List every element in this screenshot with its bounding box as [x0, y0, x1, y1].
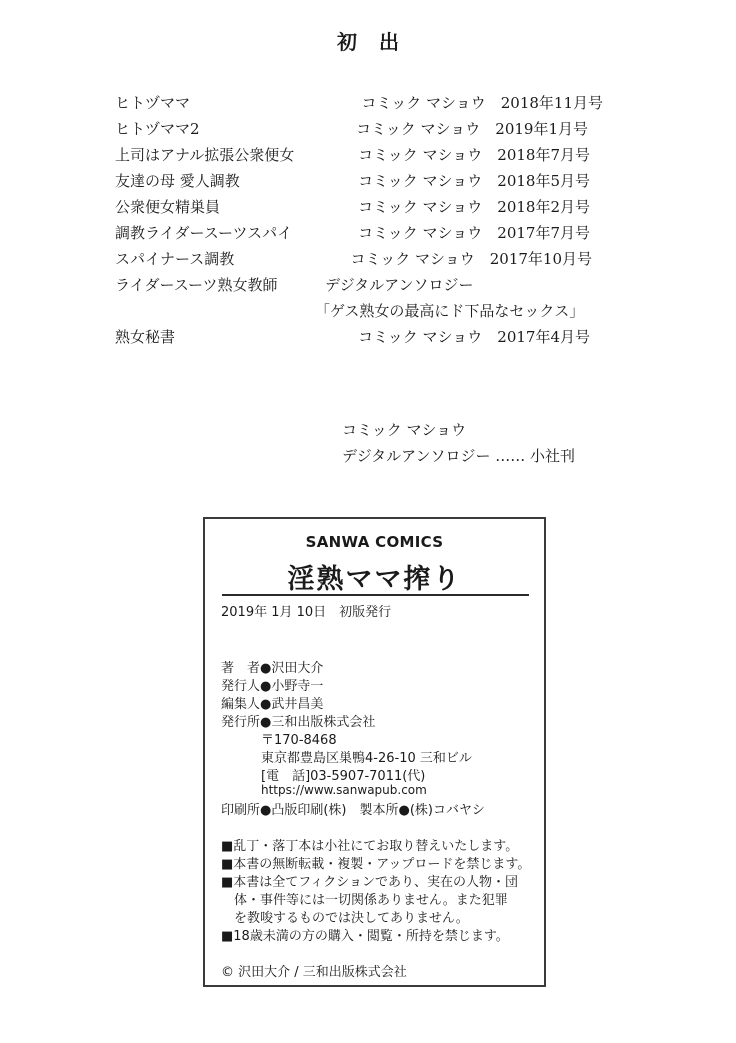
address: 東京都豊島区巣鴨4-26-10 三和ビル	[261, 747, 472, 766]
source: コミック マショウ 2017年10月号	[351, 248, 592, 269]
notice-item: ■18歳未満の方の購入・閲覧・所持を禁じます。	[221, 925, 509, 944]
phone: [電 話]03-5907-7011(代)	[261, 765, 425, 784]
list-item: ヒトヅママ2 コミック マショウ 2019年1月号	[0, 118, 588, 142]
publisher-person-line: 発行人●小野寺一	[221, 675, 323, 694]
story-title: ヒトヅママ	[115, 92, 190, 113]
list-item: 友達の母 愛人調教 コミック マショウ 2018年5月号	[0, 170, 590, 194]
notice-item: 体・事件等には一切関係ありません。また犯罪	[221, 889, 508, 908]
list-item: スパイナース調教 コミック マショウ 2017年10月号	[0, 248, 592, 272]
list-item: 調教ライダースーツスパイ コミック マショウ 2017年7月号	[0, 222, 590, 246]
source: コミック マショウ 2017年7月号	[358, 222, 590, 243]
source-title: 「ゲス熟女の最高にド下品なセックス」	[315, 300, 584, 321]
story-title: 調教ライダースーツスパイ	[115, 222, 292, 243]
publisher-note-line-1: コミック マショウ	[342, 419, 466, 440]
notice-item: ■乱丁・落丁本は小社にてお取り替えいたします。	[221, 835, 518, 854]
story-title: ヒトヅママ2	[115, 118, 200, 139]
source: コミック マショウ 2018年7月号	[358, 144, 590, 165]
source: コミック マショウ 2018年2月号	[358, 196, 590, 217]
page-heading: 初出	[0, 26, 736, 55]
list-item: 上司はアナル拡張公衆便女 コミック マショウ 2018年7月号	[0, 144, 590, 168]
story-title: 友達の母 愛人調教	[115, 170, 240, 191]
source: コミック マショウ 2019年1月号	[356, 118, 588, 139]
publisher-line: 発行所●三和出版株式会社	[221, 711, 375, 730]
notice-item: ■本書の無断転載・複製・アップロードを禁じます。	[221, 853, 530, 872]
story-title: 熟女秘書	[115, 326, 175, 347]
printer-line: 印刷所●凸版印刷(株) 製本所●(株)コバヤシ	[221, 799, 485, 818]
list-item: ヒトヅママ コミック マショウ 2018年11月号	[0, 92, 603, 116]
source: コミック マショウ 2018年11月号	[362, 92, 603, 113]
book-title: 淫熟ママ搾り	[205, 557, 544, 596]
list-item: ライダースーツ熟女教師 デジタルアンソロジー	[0, 274, 736, 298]
source: デジタルアンソロジー	[325, 274, 474, 295]
list-item: 「ゲス熟女の最高にド下品なセックス」	[0, 300, 736, 324]
colophon-box: SANWA COMICS 淫熟ママ搾り 2019年 1月 10日 初版発行 著 …	[203, 517, 546, 987]
source: コミック マショウ 2017年4月号	[358, 326, 590, 347]
copyright: © 沢田大介 / 三和出版株式会社	[221, 961, 407, 980]
story-title: スパイナース調教	[115, 248, 234, 269]
story-title: 上司はアナル拡張公衆便女	[115, 144, 294, 165]
story-title: ライダースーツ熟女教師	[115, 274, 277, 295]
notice-item: ■本書は全てフィクションであり、実在の人物・団	[221, 871, 518, 890]
source: コミック マショウ 2018年5月号	[358, 170, 590, 191]
editor-line: 編集人●武井昌美	[221, 693, 323, 712]
edition-date: 2019年 1月 10日 初版発行	[221, 601, 391, 620]
series-name: SANWA COMICS	[205, 533, 544, 551]
postal-code: 〒170-8468	[261, 729, 337, 748]
list-item: 熟女秘書 コミック マショウ 2017年4月号	[0, 326, 590, 350]
author-line: 著 者●沢田大介	[221, 657, 323, 676]
list-item: 公衆便女精巣員 コミック マショウ 2018年2月号	[0, 196, 590, 220]
title-divider	[222, 594, 529, 596]
story-title: 公衆便女精巣員	[115, 196, 220, 217]
notice-item: を教唆するものでは決してありません。	[221, 907, 469, 926]
publisher-note-line-2: デジタルアンソロジー …… 小社刊	[342, 445, 575, 466]
website-link[interactable]: https://www.sanwapub.com	[261, 783, 427, 797]
